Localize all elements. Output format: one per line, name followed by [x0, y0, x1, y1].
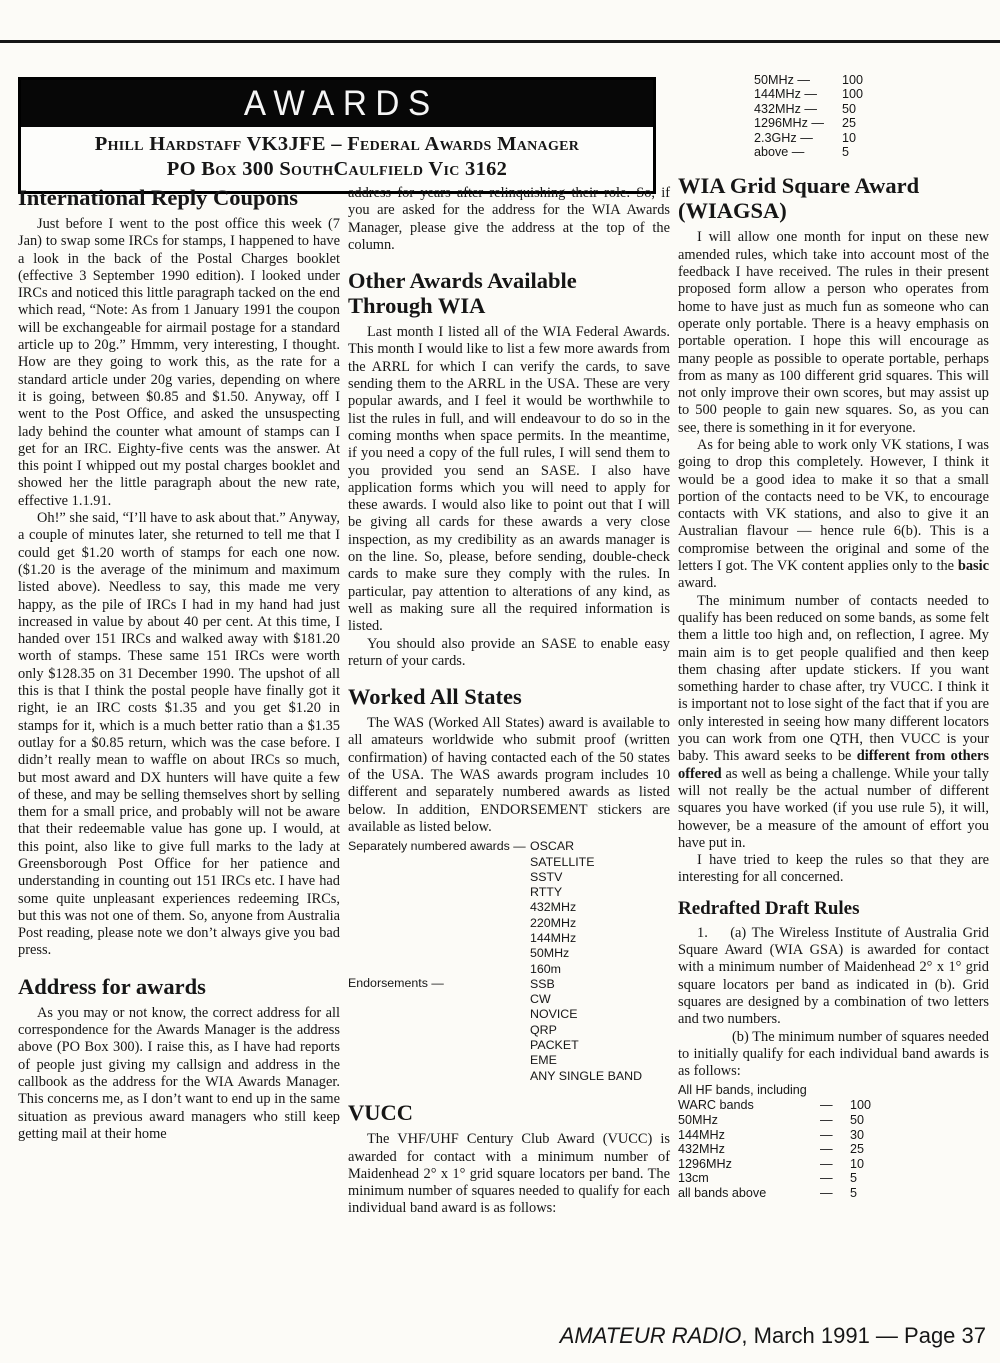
band-label: 432MHz —: [754, 102, 842, 116]
was-item: EME: [530, 1053, 642, 1068]
band-label: all bands above: [678, 1186, 820, 1201]
band-label: 1296MHz —: [754, 116, 842, 130]
band-label: 50MHz: [678, 1113, 820, 1128]
was-item: 432MHz: [530, 900, 642, 915]
dash: —: [820, 1113, 850, 1128]
table-row: all bands above—5: [678, 1186, 989, 1201]
heading-worked-all-states: Worked All States: [348, 684, 670, 709]
table-row: 50MHz—50: [678, 1113, 989, 1128]
vucc-paragraph: The VHF/UHF Century Club Award (VUCC) is…: [348, 1131, 670, 1217]
awards-banner-black-band: AWARDS: [21, 80, 653, 127]
page-footer: AMATEUR RADIO, March 1991 — Page 37: [560, 1323, 986, 1349]
band-value: 25: [850, 1142, 864, 1157]
band-label: WARC bands: [678, 1098, 820, 1113]
wiagsa-p3-text: The minimum number of contacts needed to…: [678, 593, 989, 765]
band-value: 100: [842, 73, 863, 87]
band-label: 432MHz: [678, 1142, 820, 1157]
table-row: above —5: [754, 145, 989, 159]
dash: —: [820, 1171, 850, 1186]
band-value: 50: [850, 1113, 864, 1128]
band-value: 50: [842, 102, 856, 116]
band-value: 100: [850, 1098, 871, 1113]
was-item: 50MHz: [530, 946, 642, 961]
band-value: 10: [842, 131, 856, 145]
table-row: 13cm—5: [678, 1171, 989, 1186]
page-top-rule: [0, 40, 1000, 43]
table-row: 432MHz —50: [754, 102, 989, 116]
rule-1b-paragraph: (b) The minimum number of squares needed…: [678, 1029, 989, 1081]
other-awards-paragraph-1: Last month I listed all of the WIA Feder…: [348, 324, 670, 635]
awards-banner: AWARDS Phill Hardstaff VK3JFE – Federal …: [18, 77, 656, 194]
wiagsa-paragraph-4: I have tried to keep the rules so that t…: [678, 852, 989, 887]
was-list-label-numbered: Separately numbered awards —: [348, 839, 526, 854]
band-label: 13cm: [678, 1171, 820, 1186]
awards-address-line: PO Box 300 SouthCaulfield Vic 3162: [27, 157, 647, 182]
wiagsa-p2-bold: basic: [958, 558, 989, 574]
was-item: 160m: [530, 962, 642, 977]
footer-issue-page: , March 1991 — Page 37: [741, 1323, 986, 1348]
heading-redrafted-draft-rules: Redrafted Draft Rules: [678, 898, 989, 920]
table-row: 144MHz—30: [678, 1128, 989, 1143]
band-label: 144MHz —: [754, 87, 842, 101]
was-item: RTTY: [530, 885, 642, 900]
was-item: CW: [530, 992, 642, 1007]
wiagsa-paragraph-3: The minimum number of contacts needed to…: [678, 593, 989, 852]
was-list-label-endorsements: Endorsements —: [348, 976, 444, 991]
band-label: 2.3GHz —: [754, 131, 842, 145]
band-value: 30: [850, 1128, 864, 1143]
heading-other-awards: Other Awards AvailableThrough WIA: [348, 268, 670, 318]
heading-vucc: VUCC: [348, 1100, 670, 1125]
was-item: ANY SINGLE BAND: [530, 1069, 642, 1084]
irc-paragraph-1: Just before I went to the post office th…: [18, 216, 340, 510]
heading-address-for-awards: Address for awards: [18, 974, 340, 999]
was-list-items: OSCAR SATELLITE SSTV RTTY 432MHz 220MHz …: [530, 839, 642, 1084]
wiagsa-minimums-table: WARC bands—100 50MHz—50 144MHz—30 432MHz…: [678, 1098, 989, 1200]
irc-paragraph-2: Oh!” she said, “I’ll have to ask about t…: [18, 510, 340, 960]
band-value: 25: [842, 116, 856, 130]
heading-wiagsa-line1: WIA Grid Square Award: [678, 173, 919, 198]
column-3: 50MHz —100 144MHz —100 432MHz —50 1296MH…: [678, 73, 989, 1201]
was-item: SATELLITE: [530, 855, 642, 870]
was-item: OSCAR: [530, 839, 642, 854]
dash: —: [820, 1098, 850, 1113]
dash: —: [820, 1128, 850, 1143]
was-item: 220MHz: [530, 916, 642, 931]
band-value: 5: [842, 145, 849, 159]
awards-banner-subtitle: Phill Hardstaff VK3JFE – Federal Awards …: [21, 127, 653, 191]
heading-wiagsa-line2: (WIAGSA): [678, 198, 787, 223]
table-row: 144MHz —100: [754, 87, 989, 101]
heading-other-awards-line1: Other Awards Available: [348, 268, 577, 293]
wiagsa-paragraph-1: I will allow one month for input on thes…: [678, 229, 989, 437]
address-paragraph: As you may or not know, the correct addr…: [18, 1005, 340, 1143]
was-awards-list: Separately numbered awards — Endorsement…: [348, 839, 670, 1086]
was-item: PACKET: [530, 1038, 642, 1053]
address-continuation-paragraph: address for years after relinquishing th…: [348, 185, 670, 254]
band-label: 1296MHz: [678, 1157, 820, 1172]
table-row: 432MHz—25: [678, 1142, 989, 1157]
wiagsa-p2-text-end: award.: [678, 575, 717, 591]
rule-1a-paragraph: 1. (a) The Wireless Institute of Austral…: [678, 925, 989, 1029]
dash: —: [820, 1142, 850, 1157]
heading-international-reply-coupons: International Reply Coupons: [18, 185, 340, 210]
dash: —: [820, 1186, 850, 1201]
heading-other-awards-line2: Through WIA: [348, 293, 485, 318]
was-item: SSB: [530, 977, 642, 992]
band-table-intro: All HF bands, including: [678, 1083, 989, 1098]
heading-wia-grid-square-award: WIA Grid Square Award(WIAGSA): [678, 173, 989, 223]
dash: —: [820, 1157, 850, 1172]
column-2: address for years after relinquishing th…: [348, 185, 670, 1218]
was-item: 144MHz: [530, 931, 642, 946]
table-row: 2.3GHz —10: [754, 131, 989, 145]
band-value: 100: [842, 87, 863, 101]
awards-manager-line: Phill Hardstaff VK3JFE – Federal Awards …: [27, 132, 647, 157]
band-value: 5: [850, 1186, 857, 1201]
band-label: 50MHz —: [754, 73, 842, 87]
band-value: 5: [850, 1171, 857, 1186]
awards-title: AWARDS: [235, 84, 438, 124]
wiagsa-paragraph-2: As for being able to work only VK statio…: [678, 437, 989, 593]
was-paragraph: The WAS (Worked All States) award is ava…: [348, 715, 670, 836]
wiagsa-p3-text-end: as well as being a challenge. While your…: [678, 766, 989, 851]
column-1: International Reply Coupons Just before …: [18, 185, 340, 1143]
band-value: 10: [850, 1157, 864, 1172]
magazine-name: AMATEUR RADIO: [560, 1323, 742, 1348]
band-label: 144MHz: [678, 1128, 820, 1143]
was-item: QRP: [530, 1023, 642, 1038]
table-row: 1296MHz —25: [754, 116, 989, 130]
was-item: NOVICE: [530, 1007, 642, 1022]
table-row: WARC bands—100: [678, 1098, 989, 1113]
table-row: 1296MHz—10: [678, 1157, 989, 1172]
table-row: 50MHz —100: [754, 73, 989, 87]
vucc-minimums-table: 50MHz —100 144MHz —100 432MHz —50 1296MH…: [754, 73, 989, 159]
wiagsa-p2-text: As for being able to work only VK statio…: [678, 437, 989, 574]
was-item: SSTV: [530, 870, 642, 885]
other-awards-paragraph-2: You should also provide an SASE to enabl…: [348, 636, 670, 671]
band-label: above —: [754, 145, 842, 159]
